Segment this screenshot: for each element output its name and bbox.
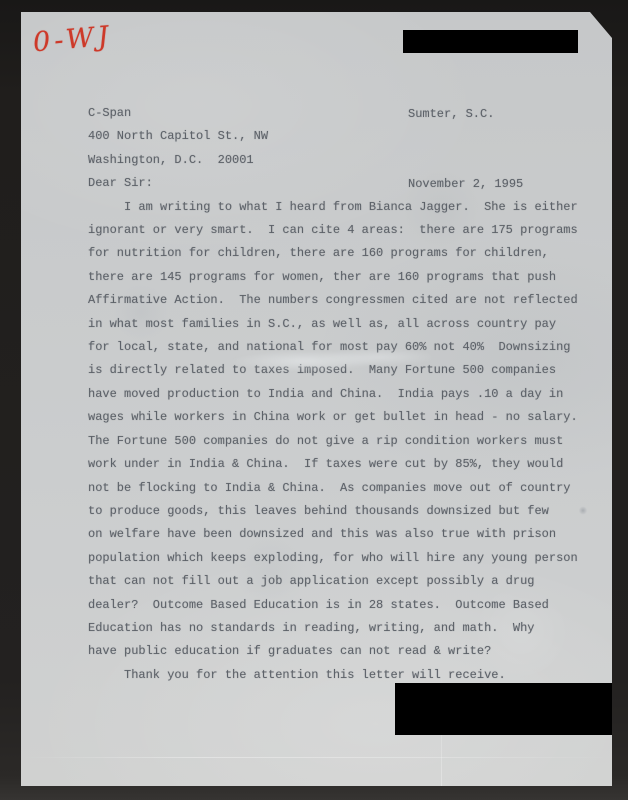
- redaction-box-signature: [395, 683, 613, 735]
- ink-smudge: [579, 506, 587, 515]
- handwritten-note: 0-WJ: [32, 21, 114, 59]
- letter-body: I am writing to what I heard from Bianca…: [88, 196, 578, 664]
- scanned-letter-page: 0-WJ Sumter, S.C. November 2, 1995 C-Spa…: [0, 0, 628, 800]
- letter-paper: 0-WJ Sumter, S.C. November 2, 1995 C-Spa…: [21, 12, 612, 786]
- recipient-address: C-Span 400 North Capitol St., NW Washing…: [88, 102, 578, 172]
- salutation: Dear Sir:: [88, 172, 578, 195]
- letter-content: C-Span 400 North Capitol St., NW Washing…: [88, 102, 578, 687]
- redaction-box-sender-address: [403, 30, 578, 53]
- crease-line-horizontal: [21, 757, 612, 758]
